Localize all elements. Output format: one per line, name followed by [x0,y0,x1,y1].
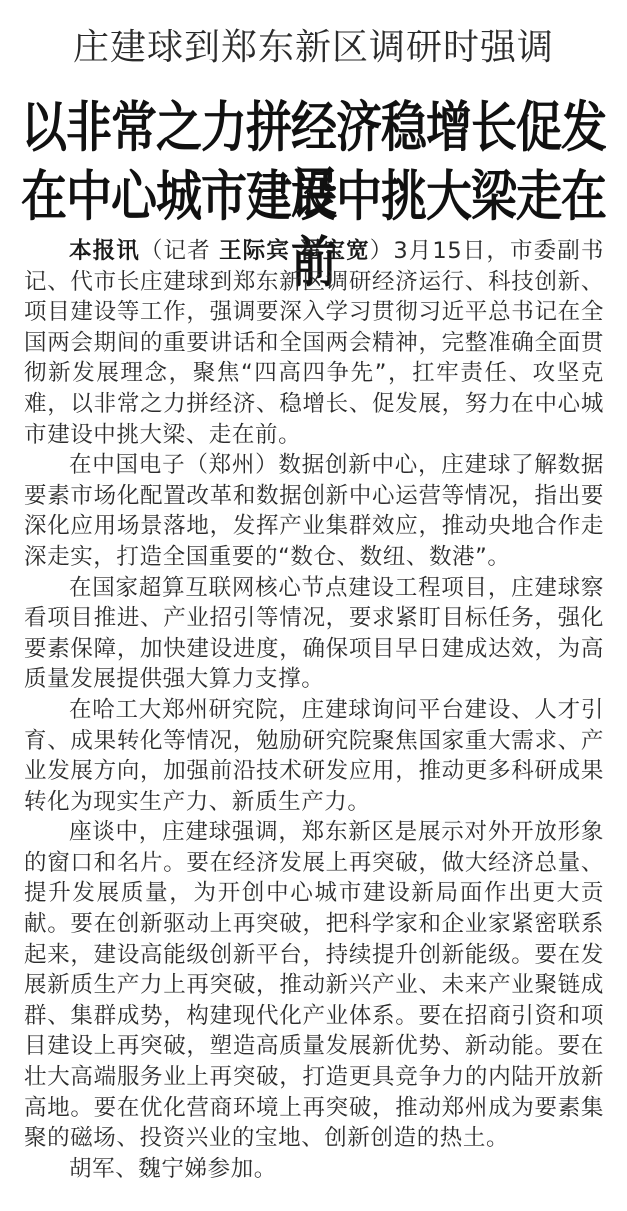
lead-label: 本报讯 [69,238,140,264]
byline-names: 王际宾 翟宝宽 [219,238,370,264]
article-body: 本报讯（记者 王际宾 翟宝宽）3月15日，市委副书记、代市长庄建球到郑东新区调研… [24,236,604,1184]
byline-open: （记者 [140,238,219,264]
newspaper-article: 庄建球到郑东新区调研时强调 以非常之力拼经济稳增长促发展 在中心城市建设中挑大梁… [0,0,627,1211]
paragraph-attendees: 胡军、魏宁娣参加。 [24,1154,604,1185]
paragraph: 座谈中，庄建球强调，郑东新区是展示对外开放形象的窗口和名片。要在经济发展上再突破… [24,817,604,1154]
paragraph: 在哈工大郑州研究院，庄建球询问平台建设、人才引育、成果转化等情况，勉励研究院聚焦… [24,695,604,817]
paragraph: 在国家超算互联网核心节点建设工程项目，庄建球察看项目推进、产业招引等情况，要求紧… [24,573,604,695]
byline-close: ） [370,238,394,264]
paragraph: 在中国电子（郑州）数据创新中心，庄建球了解数据要素市场化配置改革和数据创新中心运… [24,450,604,572]
paragraph-lead: 本报讯（记者 王际宾 翟宝宽）3月15日，市委副书记、代市长庄建球到郑东新区调研… [24,236,604,450]
paragraph-text: 3月15日，市委副书记、代市长庄建球到郑东新区调研经济运行、科技创新、项目建设等… [24,238,604,448]
article-kicker: 庄建球到郑东新区调研时强调 [0,26,627,70]
